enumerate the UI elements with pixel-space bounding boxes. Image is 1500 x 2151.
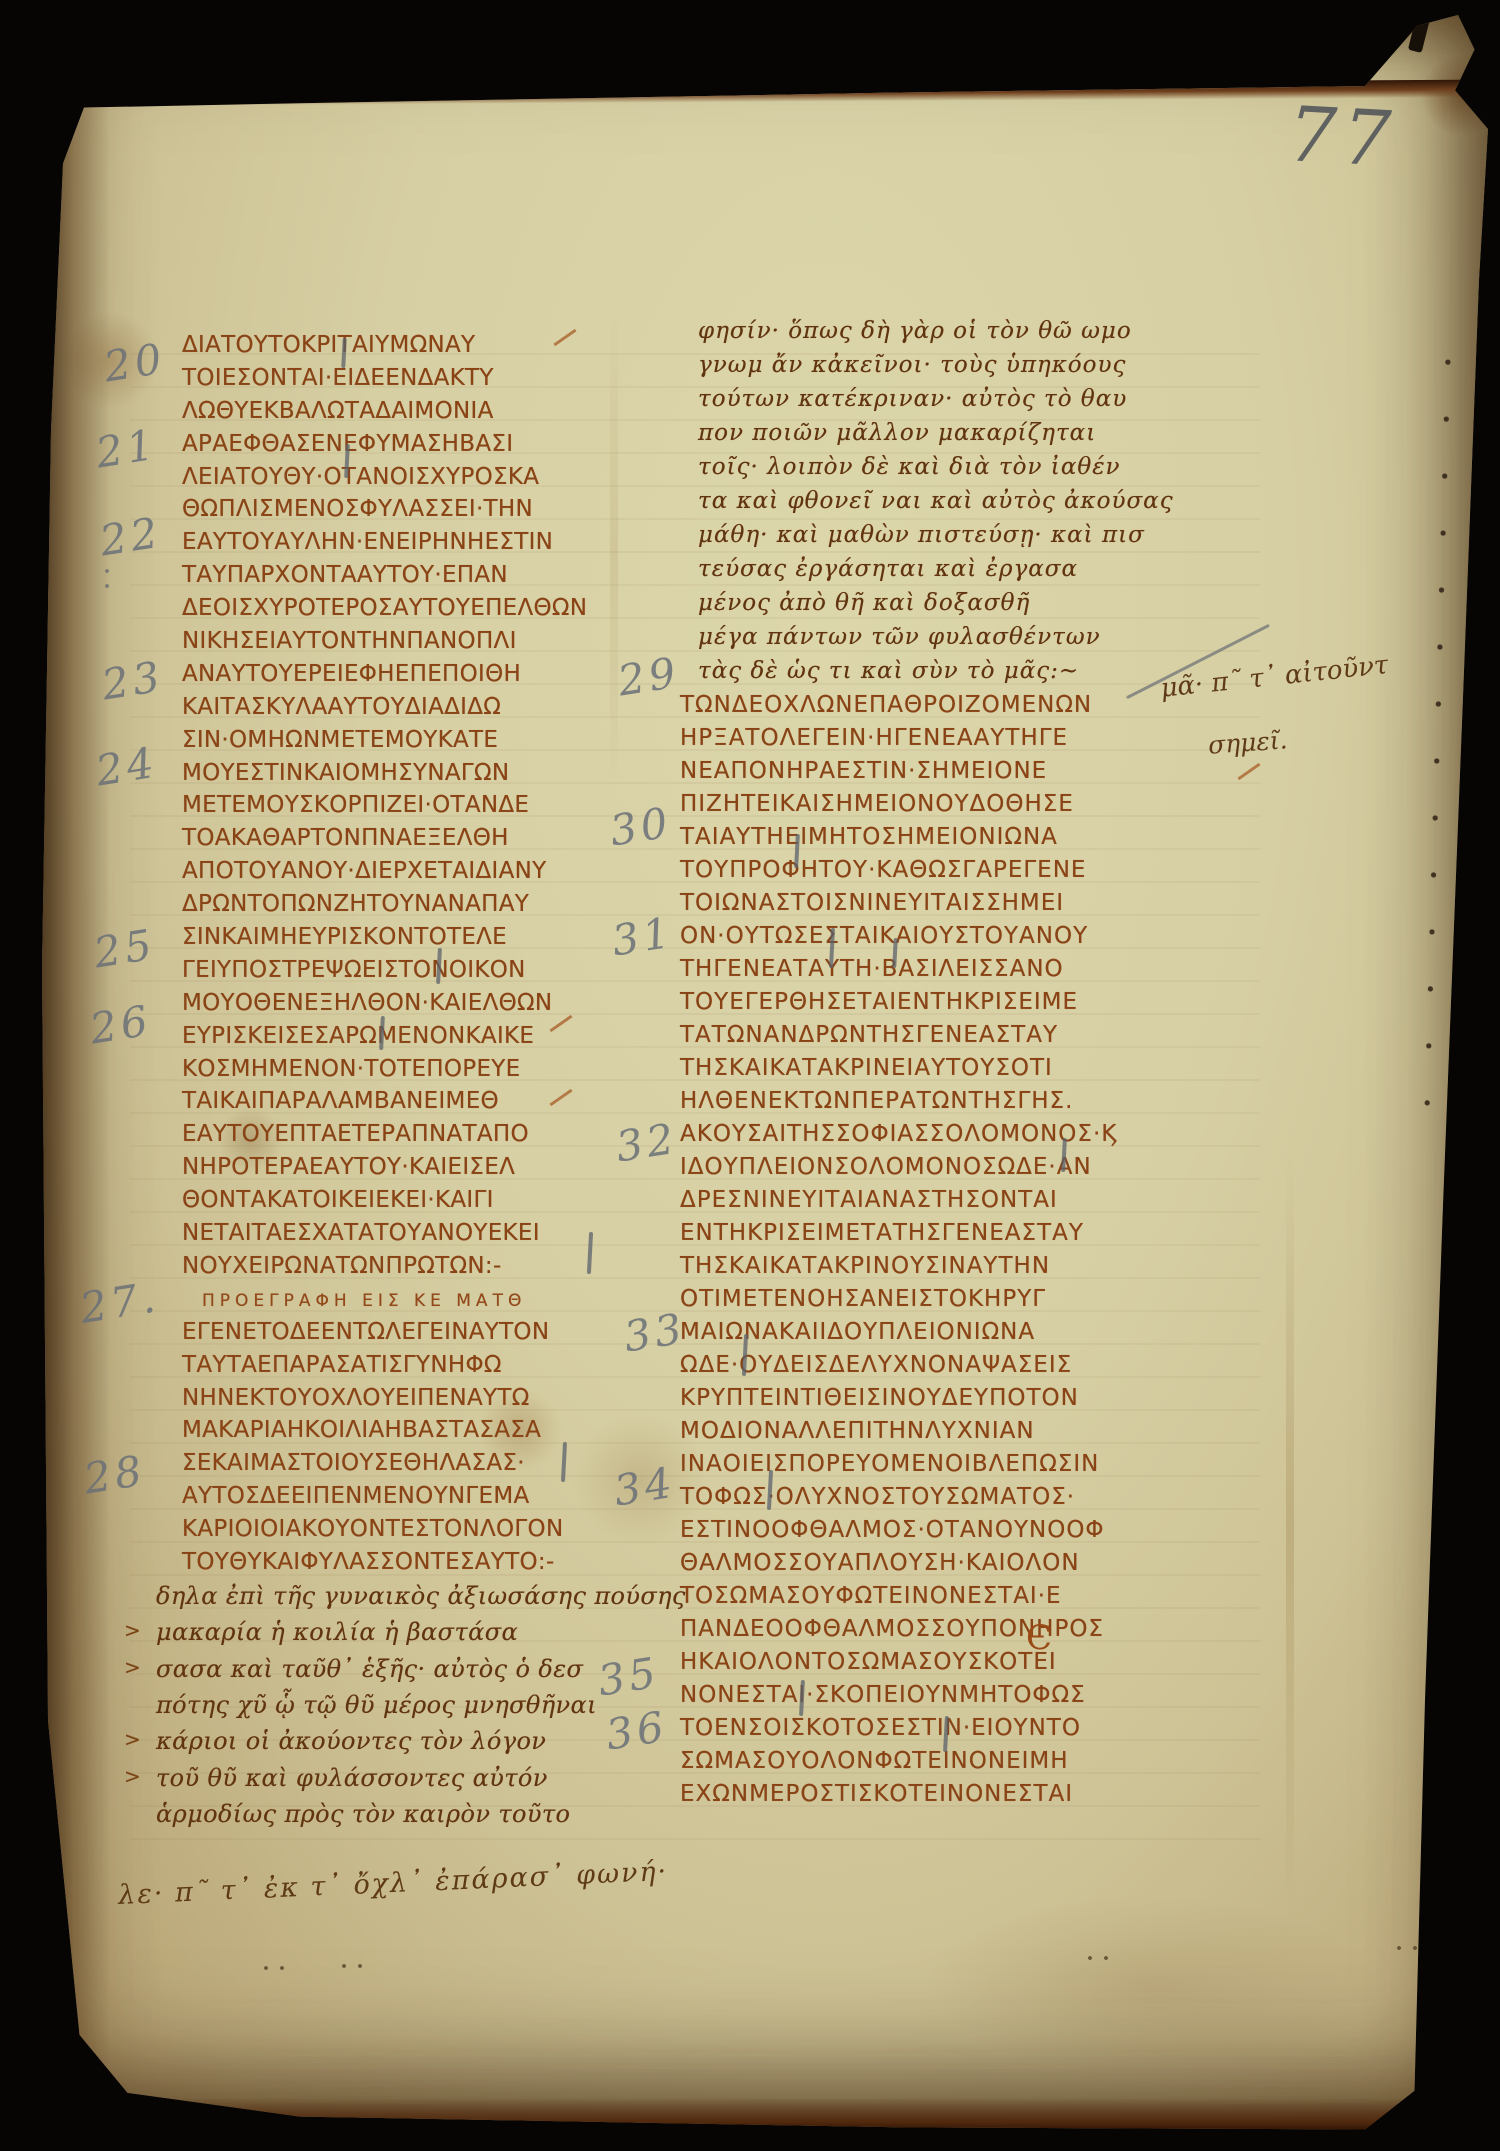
text-line: ΤΑΤΩΝΑΝΔΡΩΝΤΗΣΓΕΝΕΑΣΤΑΥ (676, 1022, 1226, 1055)
text-line: >σασα καὶ ταῦθ᾽ ἑξῆς· αὐτὸς ὁ δεσ (156, 1655, 601, 1691)
margin-number-28: 28 (81, 1445, 149, 1503)
text-line: ΘΑΛΜΟΣΣΟΥΑΠΛΟΥΣΗ·ΚΑΙΟΛΟΝ (676, 1550, 1226, 1583)
text-line: ΤΟΙΕΣΟΝΤΑΙ·ΕΙΔΕΕΝΔΑΚΤΥ (156, 365, 601, 398)
text-line: ΤΗΣΚΑΙΚΑΤΑΚΡΙΝΟΥΣΙΝΑΥΤΗΝ (676, 1253, 1226, 1286)
text-line: ΝΟΝΕΣΤΑΙ·ΣΚΟΠΕΙΟΥΝΜΗΤΟΦΩΣ (676, 1682, 1226, 1715)
ink-dots (1086, 1954, 1112, 1962)
text-line: ΑΝΑΥΤΟΥΕΡΕΙΕΦΗΕΠΕΠΟΙΘΗ (156, 661, 601, 694)
text-line: ΙΝΑΟΙΕΙΣΠΟΡΕΥΟΜΕΝΟΙΒΛΕΠΩΣΙΝ (676, 1451, 1226, 1484)
text-line: φησίν· ὅπως δὴ γὰρ οἱ τὸν θῶ ωμο (676, 318, 1226, 352)
text-line: ΕΣΤΙΝΟΟΦΘΑΛΜΟΣ·ΟΤΑΝΟΥΝΟΟΦ (676, 1517, 1226, 1550)
quote-mark: > (124, 1727, 141, 1751)
water-stain-streak (610, 300, 618, 800)
text-line: ΗΡΞΑΤΟΛΕΓΕΙΝ·ΗΓΕΝΕΑΑΥΤΗΓΕ (676, 725, 1226, 758)
text-line: ΤΟΥΘΥΚΑΙΦΥΛΑΣΣΟΝΤΕΣΑΥΤΟ:- (156, 1549, 601, 1582)
text-line: ΚΟΣΜΗΜΕΝΟΝ·ΤΟΤΕΠΟΡΕΥΕ (156, 1056, 601, 1089)
text-line: ΣΩΜΑΣΟΥΟΛΟΝΦΩΤΕΙΝΟΝΕΙΜΗ (676, 1748, 1226, 1781)
margin-number-30: 30 (607, 797, 675, 855)
text-line: τεύσας ἐργάσηται καὶ ἐργασα (676, 556, 1226, 590)
margin-number-32: 32 (613, 1113, 681, 1171)
binding-pin (1408, 0, 1434, 53)
text-line: δηλα ἐπὶ τῆς γυναικὸς ἀξιωσάσης πούσης (156, 1582, 601, 1618)
manuscript-page: 77 20 21 22 23 24 25 26 27. 28 29 30 31 … (0, 0, 1500, 2151)
text-line: ΑΚΟΥΣΑΙΤΗΣΣΟΦΙΑΣΣΟΛΟΜΟΝΟΣ·Ϗ (676, 1121, 1226, 1154)
margin-number-35: 35 (595, 1647, 663, 1705)
photo-background: 77 20 21 22 23 24 25 26 27. 28 29 30 31 … (0, 0, 1500, 2151)
page-bottom-edge (60, 2098, 1440, 2132)
margin-number-24: 24 (93, 737, 161, 795)
text-line: ΤΟΑΚΑΘΑΡΤΟΝΠΝΑΕΞΕΛΘΗ (156, 825, 601, 858)
text-line: ΤΟΥΠΡΟΦΗΤΟΥ·ΚΑΘΩΣΓΑΡΕΓΕΝΕ (676, 857, 1226, 890)
text-line: μένος ἀπὸ θῆ καὶ δοξασθῆ (676, 590, 1226, 624)
right-margin-note: σημεῖ. (1207, 725, 1288, 759)
text-line: ΝΟΥΧΕΙΡΩΝΑΤΩΝΠΡΩΤΩΝ:- (156, 1253, 601, 1286)
text-line: τούτων κατέκριναν· αὐτὸς τὸ θαυ (676, 386, 1226, 420)
text-line: ΤΑΥΤΑΕΠΑΡΑΣΑΤΙΣΓΥΝΗΦΩ (156, 1352, 601, 1385)
pencil-dots (102, 566, 112, 592)
text-line: ΠΡΟΕΓΡΑΦΗ ΕΙΣ ΚΕ ΜΑΤΘ (156, 1286, 601, 1319)
margin-number-21: 21 (93, 419, 161, 477)
folio-number: 77 (1286, 89, 1399, 184)
text-line: ΚΑΡΙΟΙΟΙΑΚΟΥΟΝΤΕΣΤΟΝΛΟΓΟΝ (156, 1516, 601, 1549)
text-line: ΑΡΑΕΦΘΑΣΕΝΕΦΥΜΑΣΗΒΑΣΙ (156, 431, 601, 464)
text-line: ΛΩΘΥΕΚΒΑΛΩΤΑΔΑΙΜΟΝΙΑ (156, 398, 601, 431)
text-line: γνωμ ἄν κἀκεῖνοι· τοὺς ὑπηκόους (676, 352, 1226, 386)
text-line: ΠΑΝΔΕΟΟΦΘΑΛΜΟΣΣΟΥΠΟΝΗΡΟΣ (676, 1616, 1226, 1649)
text-line: πον ποιῶν μᾶλλον μακαρίζηται (676, 420, 1226, 454)
water-stain-streak (1286, 1150, 1294, 1910)
margin-number-22: 22 (97, 507, 165, 565)
text-line: μάθη· καὶ μαθὼν πιστεύσῃ· καὶ πισ (676, 522, 1226, 556)
margin-number-29: 29 (615, 647, 683, 705)
margin-letter: Є (1026, 1618, 1052, 1658)
text-line: >μακαρία ἡ κοιλία ἡ βαστάσα (156, 1618, 601, 1654)
margin-number-26: 26 (87, 995, 155, 1053)
text-line: ΚΑΙΤΑΣΚΥΛΑΑΥΤΟΥΔΙΑΔΙΔΩ (156, 694, 601, 727)
text-line: πότης χῦ ᾧ τῷ θῦ μέρος μνησθῆναι (156, 1691, 601, 1727)
page-top-edge (40, 80, 1480, 107)
text-line: ΤΑΥΠΑΡΧΟΝΤΑΑΥΤΟΥ·ΕΠΑΝ (156, 562, 601, 595)
bottom-margin-note: λε· π῀ τ᾿ ἐκ τ᾿ ὄχλ᾿ ἐπάρασ᾿ φωνή· (118, 1856, 669, 1911)
text-line: ΔΡΩΝΤΟΠΩΝΖΗΤΟΥΝΑΝΑΠΑΥ (156, 891, 601, 924)
text-line: ΔΕΟΙΣΧΥΡΟΤΕΡΟΣΑΥΤΟΥΕΠΕΛΘΩΝ (156, 595, 601, 628)
text-line: ΤΟΥΕΓΕΡΘΗΣΕΤΑΙΕΝΤΗΚΡΙΣΕΙΜΕ (676, 989, 1226, 1022)
text-line: ΤΑΙΑΥΤΗΕΙΜΗΤΟΣΗΜΕΙΟΝΙΩΝΑ (676, 824, 1226, 857)
text-line: ΤΟΙΩΝΑΣΤΟΙΣΝΙΝΕΥΙΤΑΙΣΣΗΜΕΙ (676, 890, 1226, 923)
ink-dots (1395, 1944, 1421, 1952)
text-line: ΩΔΕ·ΟΥΔΕΙΣΔΕΛΥΧΝΟΝΑΨΑΣΕΙΣ (676, 1352, 1226, 1385)
pricking-holes (1413, 352, 1461, 1152)
text-line: ΕΝΤΗΚΡΙΣΕΙΜΕΤΑΤΗΣΓΕΝΕΑΣΤΑΥ (676, 1220, 1226, 1253)
text-line: ΘΟΝΤΑΚΑΤΟΙΚΕΙΕΚΕΙ·ΚΑΙΓΙ (156, 1187, 601, 1220)
left-text-column: ΔΙΑΤΟΥΤΟΚΡΙΤΑΙΥΜΩΝΑΥΤΟΙΕΣΟΝΤΑΙ·ΕΙΔΕΕΝΔΑΚ… (156, 332, 601, 1837)
text-line: ΣΙΝΚΑΙΜΗΕΥΡΙΣΚΟΝΤΟΤΕΛΕ (156, 924, 601, 957)
text-line: ΗΚΑΙΟΛΟΝΤΟΣΩΜΑΣΟΥΣΚΟΤΕΙ (676, 1649, 1226, 1682)
text-line: ΝΕΤΑΙΤΑΕΣΧΑΤΑΤΟΥΑΝΟΥΕΚΕΙ (156, 1220, 601, 1253)
quote-mark: > (124, 1764, 141, 1788)
text-line: ΤΟΣΩΜΑΣΟΥΦΩΤΕΙΝΟΝΕΣΤΑΙ·Ε (676, 1583, 1226, 1616)
ink-dots (340, 1962, 366, 1970)
text-line: ΕΧΩΝΜΕΡΟΣΤΙΣΚΟΤΕΙΝΟΝΕΣΤΑΙ (676, 1781, 1226, 1814)
text-line: ΝΗΝΕΚΤΟΥΟΧΛΟΥΕΙΠΕΝΑΥΤΩ (156, 1385, 601, 1418)
quote-mark: > (124, 1618, 141, 1642)
text-line: ΕΓΕΝΕΤΟΔΕΕΝΤΩΛΕΓΕΙΝΑΥΤΟΝ (156, 1319, 601, 1352)
text-line: ΟΤΙΜΕΤΕΝΟΗΣΑΝΕΙΣΤΟΚΗΡΥΓ (676, 1286, 1226, 1319)
text-line: ΙΔΟΥΠΛΕΙΟΝΣΟΛΟΜΟΝΟΣΩΔΕ·ΑΝ (676, 1154, 1226, 1187)
text-line: ΗΛΘΕΝΕΚΤΩΝΠΕΡΑΤΩΝΤΗΣΓΗΣ. (676, 1088, 1226, 1121)
text-line: ΔΙΑΤΟΥΤΟΚΡΙΤΑΙΥΜΩΝΑΥ (156, 332, 601, 365)
margin-number-25: 25 (91, 919, 159, 977)
margin-number-36: 36 (603, 1701, 671, 1759)
text-line: ΜΕΤΕΜΟΥΣΚΟΡΠΙΖΕΙ·ΟΤΑΝΔΕ (156, 792, 601, 825)
text-line: ΜΑΙΩΝΑΚΑΙΙΔΟΥΠΛΕΙΟΝΙΩΝΑ (676, 1319, 1226, 1352)
text-line: ΜΟΥΕΣΤΙΝΚΑΙΟΜΗΣΥΝΑΓΩΝ (156, 760, 601, 793)
margin-number-34: 34 (611, 1457, 679, 1515)
text-line: ΕΥΡΙΣΚΕΙΣΕΣΑΡΩΜΕΝΟΝΚΑΙΚΕ (156, 1023, 601, 1056)
text-line: ΜΟΔΙΟΝΑΛΛΕΠΙΤΗΝΛΥΧΝΙΑΝ (676, 1418, 1226, 1451)
text-line: ΓΕΙΥΠΟΣΤΡΕΨΩΕΙΣΤΟΝΟΙΚΟΝ (156, 957, 601, 990)
text-line: ΚΡΥΠΤΕΙΝΤΙΘΕΙΣΙΝΟΥΔΕΥΠΟΤΟΝ (676, 1385, 1226, 1418)
text-line: ΑΠΟΤΟΥΑΝΟΥ·ΔΙΕΡΧΕΤΑΙΔΙΑΝΥ (156, 858, 601, 891)
text-line: μέγα πάντων τῶν φυλασθέντων (676, 624, 1226, 658)
text-line: ΤΟΦΩΣ·ΟΛΥΧΝΟΣΤΟΥΣΩΜΑΤΟΣ· (676, 1484, 1226, 1517)
text-line: ΤΑΙΚΑΙΠΑΡΑΛΑΜΒΑΝΕΙΜΕΘ (156, 1088, 601, 1121)
text-line: ΝΗΡΟΤΕΡΑΕΑΥΤΟΥ·ΚΑΙΕΙΣΕΛ (156, 1154, 601, 1187)
text-line: ΜΟΥΟΘΕΝΕΞΗΛΘΟΝ·ΚΑΙΕΛΘΩΝ (156, 990, 601, 1023)
text-line: ΕΑΥΤΟΥΕΠΤΑΕΤΕΡΑΠΝΑΤΑΠΟ (156, 1121, 601, 1154)
text-line: ΕΑΥΤΟΥΑΥΛΗΝ·ΕΝΕΙΡΗΝΗΕΣΤΙΝ (156, 529, 601, 562)
ink-dots (262, 1964, 288, 1972)
text-line: ΛΕΙΑΤΟΥΘΥ·ΟΤΑΝΟΙΣΧΥΡΟΣΚΑ (156, 464, 601, 497)
text-line: ΑΥΤΟΣΔΕΕΙΠΕΝΜΕΝΟΥΝΓΕΜΑ (156, 1483, 601, 1516)
text-line: ΔΡΕΣΝΙΝΕΥΙΤΑΙΑΝΑΣΤΗΣΟΝΤΑΙ (676, 1187, 1226, 1220)
text-line: τα καὶ φθονεῖ ναι καὶ αὐτὸς ἀκούσας (676, 488, 1226, 522)
text-line: ΣΙΝ·ΟΜΗΩΝΜΕΤΕΜΟΥΚΑΤΕ (156, 727, 601, 760)
text-line: ΠΙΖΗΤΕΙΚΑΙΣΗΜΕΙΟΝΟΥΔΟΘΗΣΕ (676, 791, 1226, 824)
text-line: ΤΩΝΔΕΟΧΛΩΝΕΠΑΘΡΟΙΖΟΜΕΝΩΝ (676, 692, 1226, 725)
margin-number-31: 31 (609, 907, 677, 965)
text-line: >κάριοι οἱ ἀκούοντες τὸν λόγον (156, 1727, 601, 1763)
text-line: ΝΕΑΠΟΝΗΡΑΕΣΤΙΝ·ΣΗΜΕΙΟΝΕ (676, 758, 1226, 791)
text-line: τοῖς· λοιπὸν δὲ καὶ διὰ τὸν ἰαθέν (676, 454, 1226, 488)
quote-mark: > (124, 1655, 141, 1679)
right-text-column: φησίν· ὅπως δὴ γὰρ οἱ τὸν θῶ ωμογνωμ ἄν … (676, 318, 1226, 1814)
text-line: ΣΕΚΑΙΜΑΣΤΟΙΟΥΣΕΘΗΛΑΣΑΣ· (156, 1450, 601, 1483)
text-line: >τοῦ θῦ καὶ φυλάσσοντες αὐτόν (156, 1764, 601, 1800)
text-line: ΘΩΠΛΙΣΜΕΝΟΣΦΥΛΑΣΣΕΙ·ΤΗΝ (156, 496, 601, 529)
text-line: ἁρμοδίως πρὸς τὸν καιρὸν τοῦτο (156, 1800, 601, 1836)
text-line: ΤΗΣΚΑΙΚΑΤΑΚΡΙΝΕΙΑΥΤΟΥΣΟΤΙ (676, 1055, 1226, 1088)
binding-gutter-shadow (30, 90, 110, 2130)
text-line: ΤΟΕΝΣΟΙΣΚΟΤΟΣΕΣΤΙΝ·ΕΙΟΥΝΤΟ (676, 1715, 1226, 1748)
text-line: ΤΗΓΕΝΕΑΤΑΥΤΗ·ΒΑΣΙΛΕΙΣΣΑΝΟ (676, 956, 1226, 989)
text-line: ΜΑΚΑΡΙΑΗΚΟΙΛΙΑΗΒΑΣΤΑΣΑΣΑ (156, 1417, 601, 1450)
text-line: ΝΙΚΗΣΕΙΑΥΤΟΝΤΗΝΠΑΝΟΠΛΙ (156, 628, 601, 661)
text-line: ΟΝ·ΟΥΤΩΣΕΣΤΑΙΚΑΙΟΥΣΤΟΥΑΝΟΥ (676, 923, 1226, 956)
